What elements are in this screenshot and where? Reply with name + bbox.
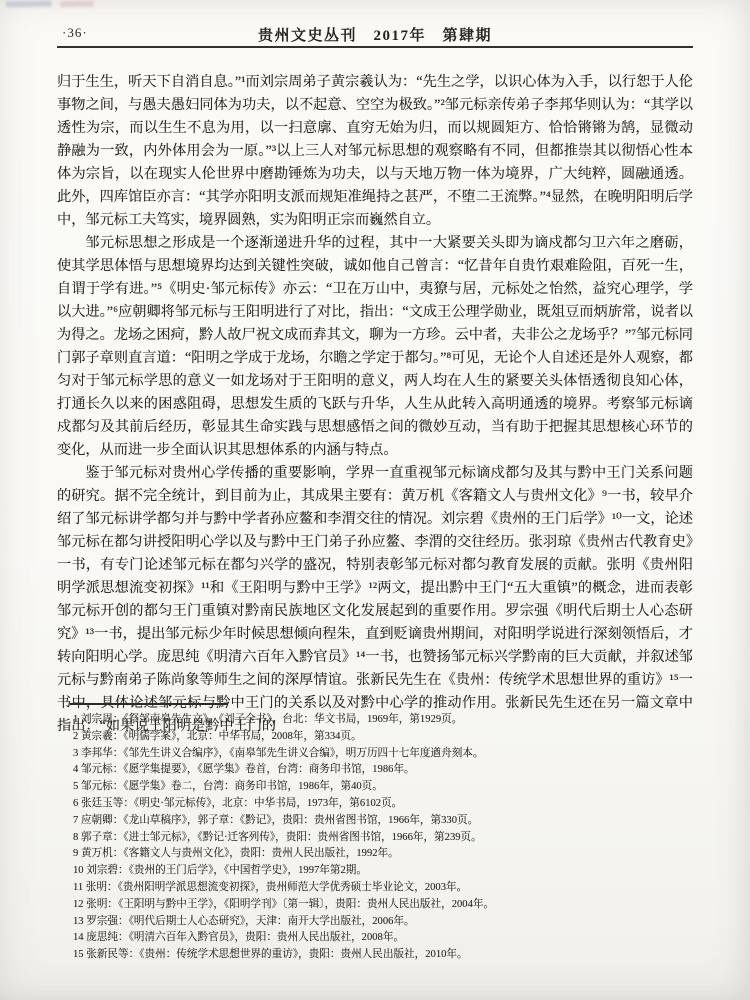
footnote-item: 15 张新民等：《贵州：传统学术思想世界的重访》，贵阳：贵州人民出版社，2010… (73, 947, 662, 964)
footnote-item: 11 张明：《贵州阳明学派思想流变初探》，贵州师范大学优秀硕士毕业论文，2003… (73, 880, 662, 897)
scan-artifact (6, 1, 52, 8)
footnote-item: 1 刘宗周：《祭邹南皋先生文》，《刘子全书》，台北：华文书局，1969年，第19… (73, 712, 662, 729)
footnote-item: 8 郭子章：《进士邹元标》，《黔记·迁客列传》，贵阳：贵州省图书馆，1966年，… (73, 830, 662, 847)
footnotes-section: 1 刘宗周：《祭邹南皋先生文》，《刘子全书》，台北：华文书局，1969年，第19… (73, 712, 662, 964)
footnote-item: 9 黄万机：《客籍文人与贵州文化》，贵阳：贵州人民出版社，1992年。 (73, 846, 662, 863)
footnote-item: 14 庞思纯：《明清六百年入黔官员》，贵阳：贵州人民出版社，2008年。 (73, 930, 662, 947)
footnote-item: 4 邹元标：《愿学集提要》，《愿学集》卷首，台湾：商务印书馆，1986年。 (73, 762, 662, 779)
scan-artifact (60, 1, 94, 8)
body-paragraph-3: 鉴于邹元标对贵州心学传播的重要影响，学界一直重视邹元标谪戍都匀及其与黔中王门关系… (57, 462, 693, 738)
footnote-item: 12 张明：《王阳明与黔中王学》，《阳明学刊》〔第一辑〕，贵阳：贵州人民出版社，… (73, 897, 662, 914)
footnote-item: 13 罗宗强：《明代后期士人心态研究》，天津：南开大学出版社，2006年。 (73, 914, 662, 931)
footnote-item: 10 刘宗碧：《贵州的王门后学》，《中国哲学史》，1997年第2期。 (73, 863, 662, 880)
scanned-page: ·36· 贵州文史丛刊 2017年 第肆期 归于生生，听天下自消自息。”¹而刘宗… (0, 0, 750, 1000)
footnote-item: 5 邹元标：《愿学集》卷二，台湾：商务印书馆，1986年，第40页。 (73, 779, 662, 796)
journal-title: 贵州文史丛刊 2017年 第肆期 (0, 24, 750, 45)
body-paragraph-1: 归于生生，听天下自消自息。”¹而刘宗周弟子黄宗羲认为：“先生之学，以识心体为入手… (57, 71, 693, 232)
footnote-divider (70, 703, 228, 705)
footnote-item: 2 黄宗羲：《明儒学案》，北京：中华书局，2008年，第334页。 (73, 729, 662, 746)
footnote-item: 3 李邦华：《邹先生讲义合编序》，《南皋邹先生讲义合编》，明万历四十七年度遒舟刻… (73, 746, 662, 763)
footnote-item: 6 张廷玉等：《明史·邹元标传》，北京：中华书局，1973年，第6102页。 (73, 796, 662, 813)
body-paragraph-2: 邹元标思想之形成是一个逐渐递进升华的过程，其中一大紧要关头即为谪戍都匀卫六年之磨… (57, 232, 693, 462)
footnote-item: 7 应朝卿：《龙山草稿序》，郭子章：《黔记》，贵阳：贵州省图书馆，1966年，第… (73, 813, 662, 830)
header-rule (57, 46, 693, 48)
article-body: 归于生生，听天下自消自息。”¹而刘宗周弟子黄宗羲认为：“先生之学，以识心体为入手… (57, 71, 693, 738)
